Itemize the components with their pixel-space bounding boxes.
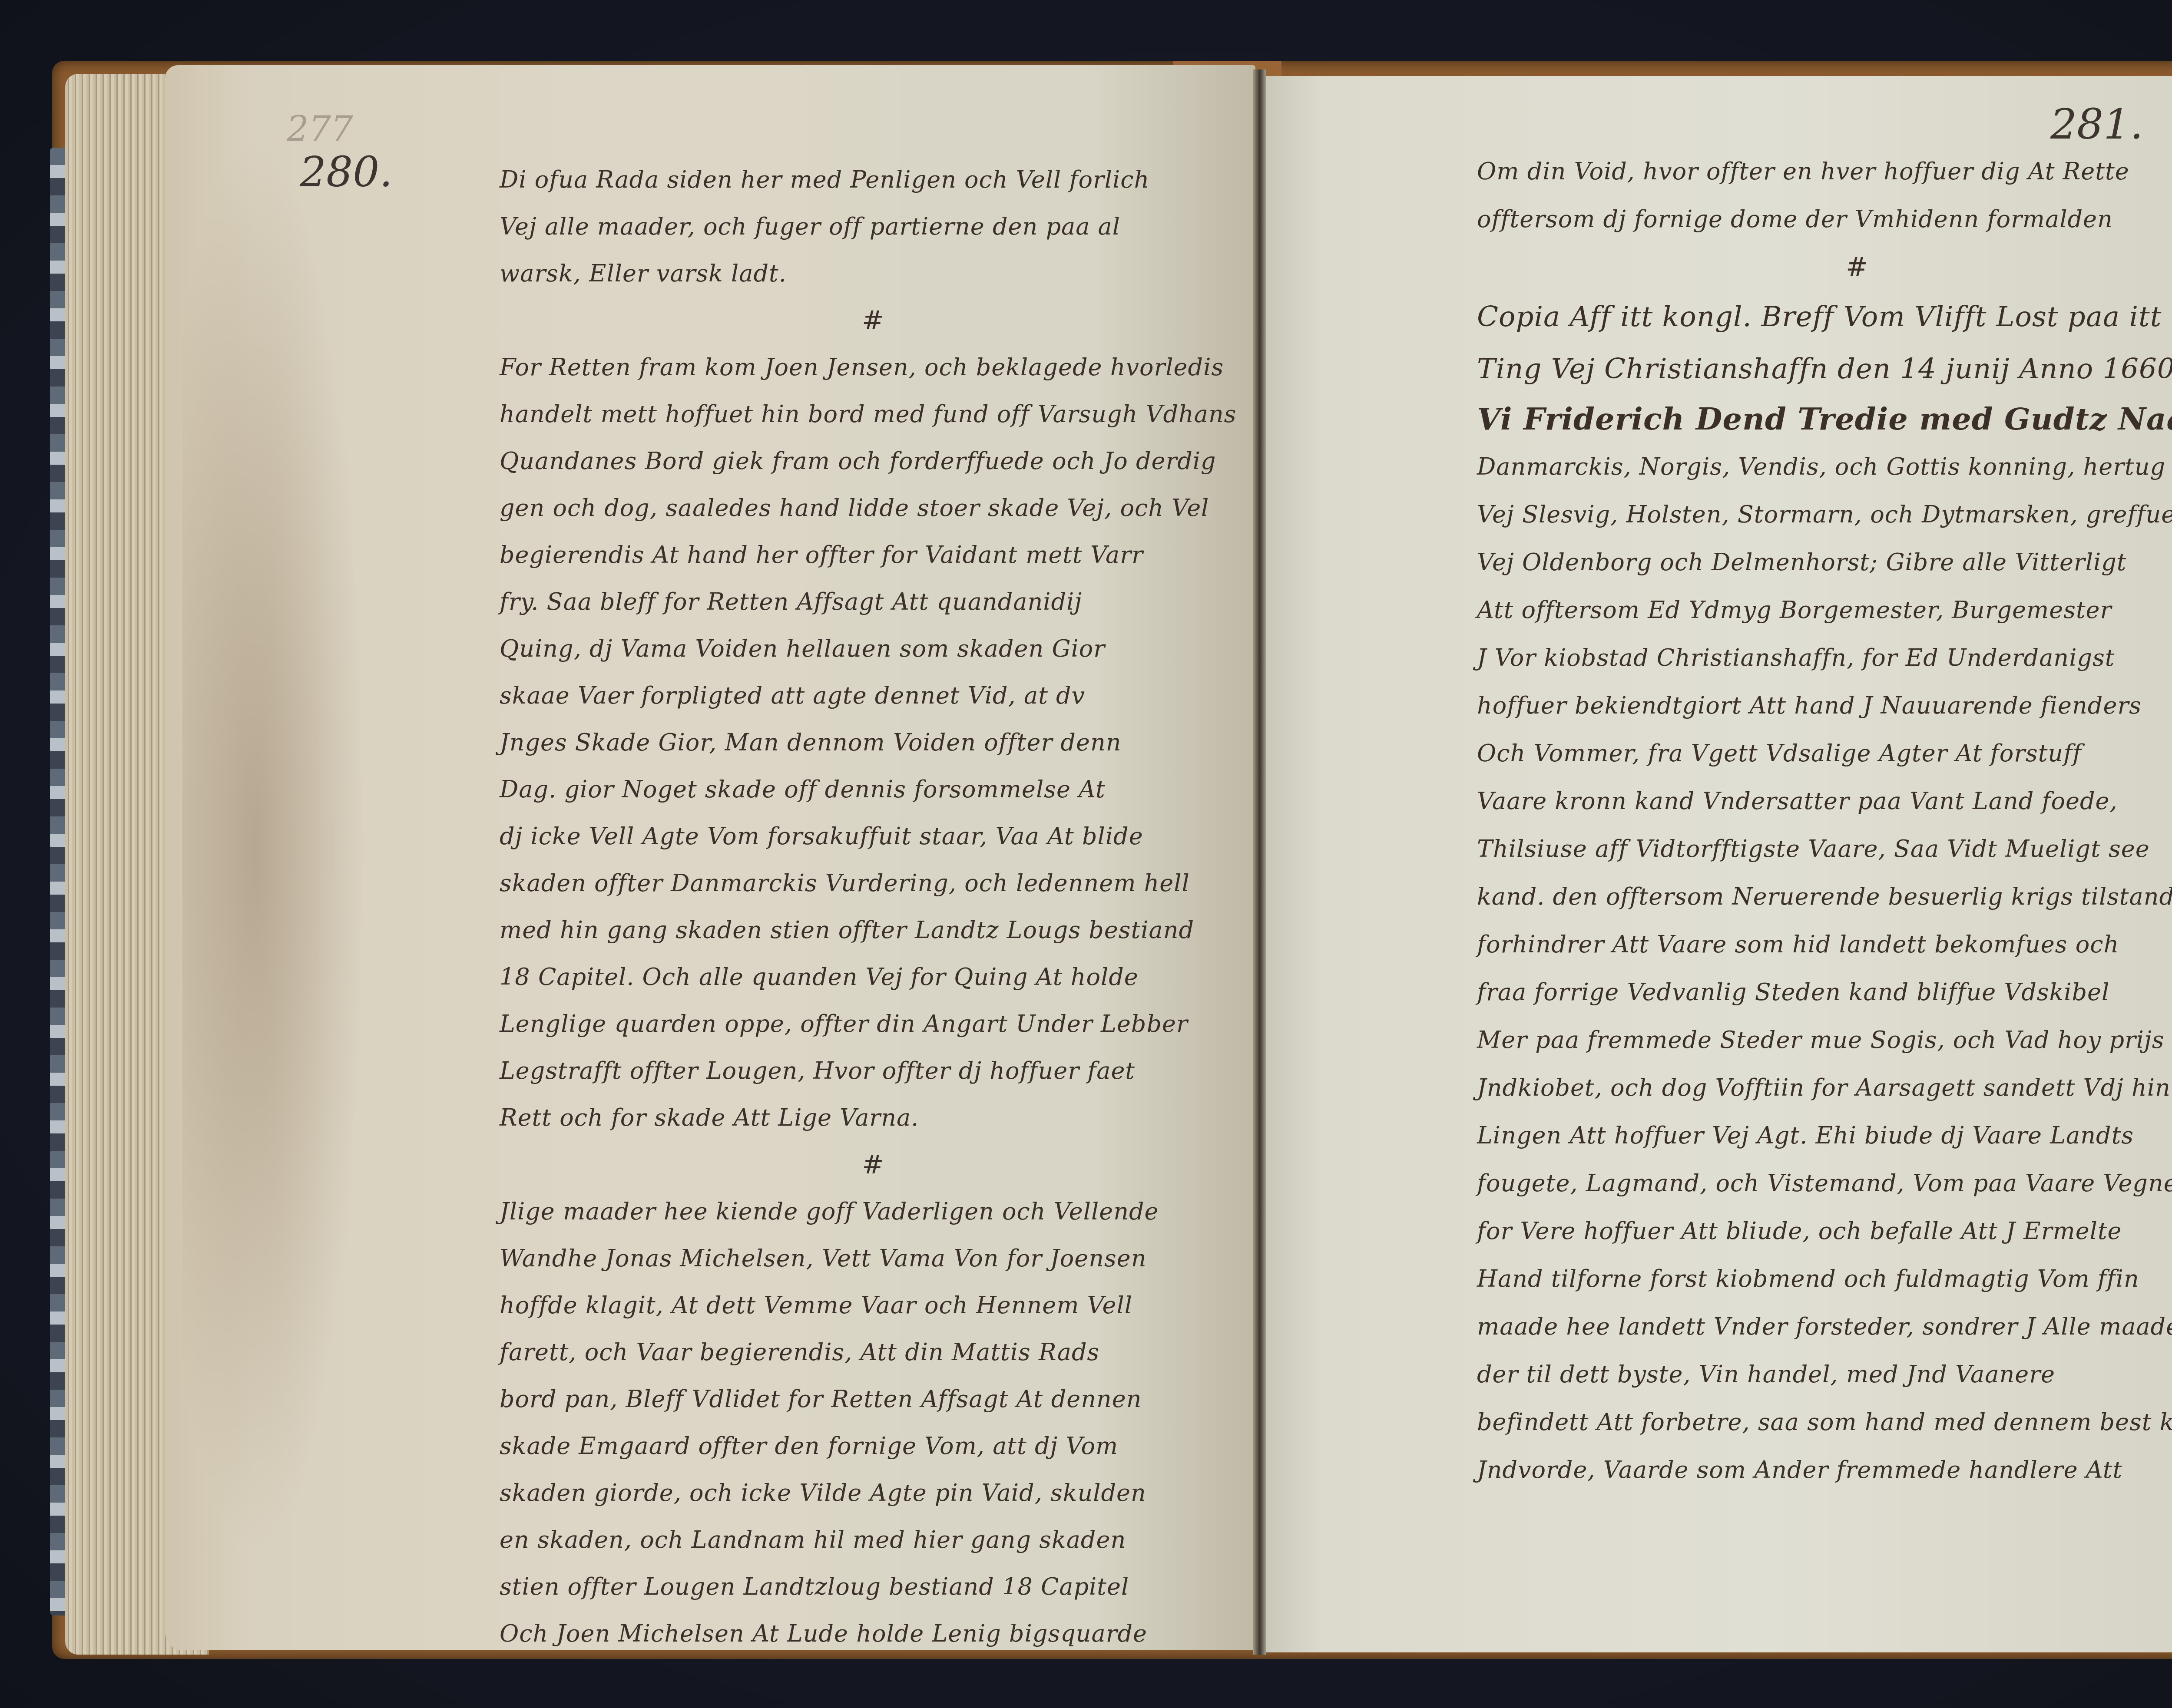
water-stain: [182, 130, 365, 1563]
text-line: Vej Slesvig, Holsten, Stormarn, och Dytm…: [1477, 491, 2172, 538]
text-line: Lingen Att hoffuer Vej Agt. Ehi biude dj…: [1477, 1112, 2172, 1160]
text-line: fougete, Lagmand, och Vistemand, Vom paa…: [1477, 1160, 2172, 1207]
text-line: Quing, dj Vama Voiden hellauen som skade…: [500, 625, 1247, 672]
text-line: maade hee landett Vnder forsteder, sondr…: [1477, 1303, 2172, 1351]
text-line: Dag. gior Noget skade off dennis forsomm…: [500, 766, 1247, 813]
text-line: skaden giorde, och icke Vilde Agte pin V…: [500, 1470, 1247, 1516]
text-line: offtersom dj fornige dome der Vmhidenn f…: [1477, 195, 2172, 243]
text-line: Att offtersom Ed Ydmyg Borgemester, Burg…: [1477, 586, 2172, 634]
text-line: bord pan, Bleff Vdlidet for Retten Affsa…: [500, 1376, 1247, 1423]
text-line: J Vor kiobstad Christianshaffn, for Ed U…: [1477, 634, 2172, 682]
text-line: kand. den offtersom Neruerende besuerlig…: [1477, 873, 2172, 921]
text-line: Di ofua Rada siden her med Penligen och …: [500, 156, 1247, 203]
text-line: skaden offter Danmarckis Vurdering, och …: [500, 860, 1247, 907]
text-line: hoffde klagit, At dett Vemme Vaar och He…: [500, 1282, 1247, 1329]
text-line: Wandhe Jonas Michelsen, Vett Vama Von fo…: [500, 1235, 1247, 1282]
royal-opening-line: Vi Friderich Dend Tredie med Gudtz Naade: [1477, 395, 2172, 443]
text-line: Jndkiobet, och dog Vofftiin for Aarsaget…: [1477, 1064, 2172, 1112]
text-line: Vaare kronn kand Vndersatter paa Vant La…: [1477, 777, 2172, 825]
text-line: med hin gang skaden stien offter Landtz …: [500, 907, 1247, 954]
text-line: Rett och for skade Att Lige Varna.: [500, 1094, 1247, 1141]
copy-heading: Ting Vej Christianshaffn den 14 junij An…: [1477, 343, 2172, 395]
text-line: skaae Vaer forpligted att agte dennet Vi…: [500, 672, 1247, 719]
text-line: Och Joen Michelsen At Lude holde Lenig b…: [500, 1610, 1247, 1657]
section-separator: #: [500, 297, 1247, 344]
text-line: Thilsiuse aff Vidtorfftigste Vaare, Saa …: [1477, 825, 2172, 873]
text-line: Legstrafft offter Lougen, Hvor offter dj…: [500, 1047, 1247, 1094]
text-line: for Vere hoffuer Att bliude, och befalle…: [1477, 1207, 2172, 1255]
text-line: fry. Saa bleff for Retten Affsagt Att qu…: [500, 578, 1247, 625]
text-line: Jnges Skade Gior, Man dennom Voiden offt…: [500, 719, 1247, 766]
folio-number-left: 280.: [300, 148, 393, 196]
folio-number-right: 281.: [2050, 100, 2143, 149]
text-line: 18 Capitel. Och alle quanden Vej for Qui…: [500, 954, 1247, 1001]
text-line: Quandanes Bord giek fram och forderffued…: [500, 438, 1247, 485]
text-line: Vej Oldenborg och Delmenhorst; Gibre all…: [1477, 538, 2172, 586]
text-line: en skaden, och Landnam hil med hier gang…: [500, 1516, 1247, 1563]
text-line: skade Emgaard offter den fornige Vom, at…: [500, 1423, 1247, 1470]
text-line: Vej alle maader, och fuger off partierne…: [500, 203, 1247, 250]
section-separator: #: [1477, 243, 2172, 291]
text-line: handelt mett hoffuet hin bord med fund o…: [500, 391, 1247, 438]
text-line: stien offter Lougen Landtzloug bestiand …: [500, 1563, 1247, 1610]
text-line: Danmarckis, Norgis, Vendis, och Gottis k…: [1477, 443, 2172, 491]
text-line: For Retten fram kom Joen Jensen, och bek…: [500, 344, 1247, 391]
text-line: der til dett byste, Vin handel, med Jnd …: [1477, 1351, 2172, 1398]
text-line: Lenglige quarden oppe, offter din Angart…: [500, 1001, 1247, 1047]
copy-heading: Copia Aff itt kongl. Breff Vom Vlifft Lo…: [1477, 291, 2172, 343]
faint-folio-number: 277: [287, 109, 353, 149]
text-line: dj icke Vell Agte Vom forsakuffuit staar…: [500, 813, 1247, 860]
section-separator: #: [500, 1141, 1247, 1188]
left-page-text: Di ofua Rada siden her med Penligen och …: [500, 156, 1247, 1657]
text-line: farett, och Vaar begierendis, Att din Ma…: [500, 1329, 1247, 1376]
text-line: forhindrer Att Vaare som hid landett bek…: [1477, 921, 2172, 968]
text-line: Jndvorde, Vaarde som Ander fremmede hand…: [1477, 1446, 2172, 1494]
text-line: befindett Att forbetre, saa som hand med…: [1477, 1398, 2172, 1446]
text-line: Och Vommer, fra Vgett Vdsalige Agter At …: [1477, 730, 2172, 777]
text-line: fraa forrige Vedvanlig Steden kand bliff…: [1477, 968, 2172, 1016]
text-line: Om din Void, hvor offter en hver hoffuer…: [1477, 148, 2172, 195]
text-line: Mer paa fremmede Steder mue Sogis, och V…: [1477, 1016, 2172, 1064]
book-gutter: [1253, 69, 1266, 1655]
text-line: hoffuer bekiendtgiort Att hand J Nauuare…: [1477, 682, 2172, 730]
text-line: begierendis At hand her offter for Vaida…: [500, 532, 1247, 578]
text-line: gen och dog, saaledes hand lidde stoer s…: [500, 485, 1247, 532]
text-line: warsk, Eller varsk ladt.: [500, 250, 1247, 297]
right-page-text: Om din Void, hvor offter en hver hoffuer…: [1477, 148, 2172, 1494]
text-line: Jlige maader hee kiende goff Vaderligen …: [500, 1188, 1247, 1235]
text-line: Hand tilforne forst kiobmend och fuldmag…: [1477, 1255, 2172, 1303]
